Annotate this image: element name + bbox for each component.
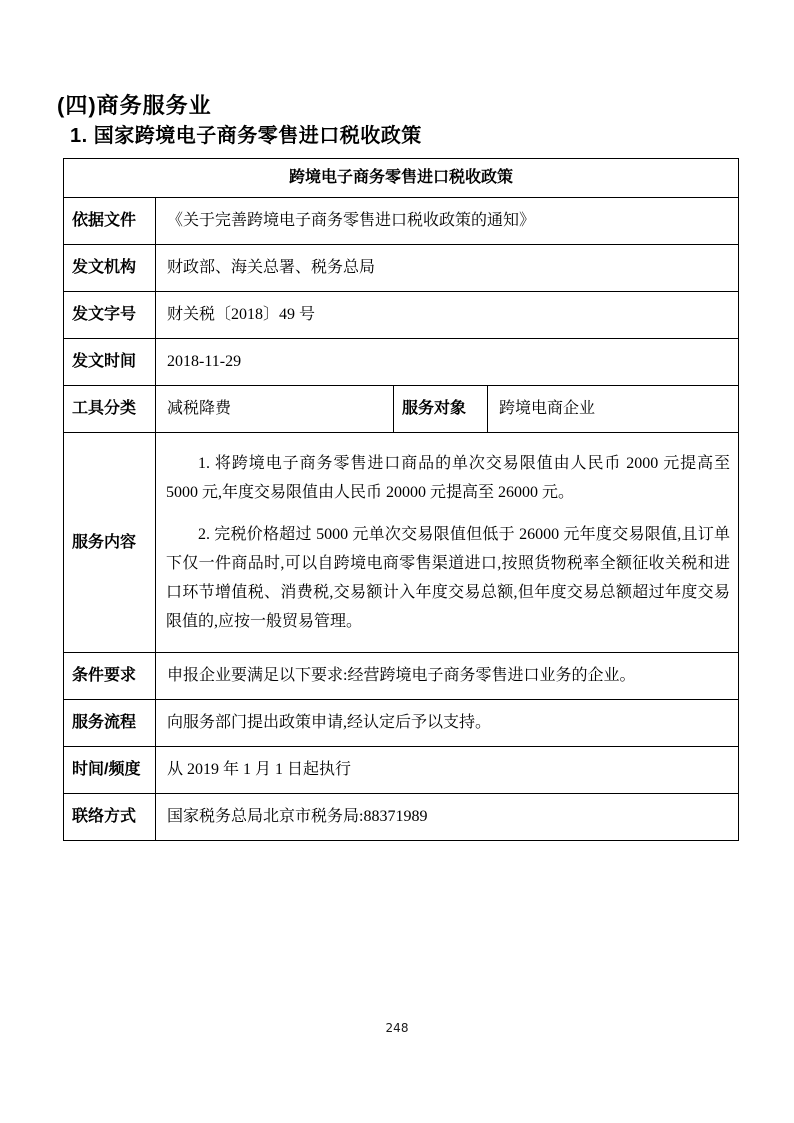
table-row: 发文机构 财政部、海关总署、税务总局: [64, 245, 739, 292]
table-row: 联络方式 国家税务总局北京市税务局:88371989: [64, 794, 739, 841]
row-value: 1. 将跨境电子商务零售进口商品的单次交易限值由人民币 2000 元提高至 50…: [156, 433, 739, 653]
table-row: 时间/频度 从 2019 年 1 月 1 日起执行: [64, 747, 739, 794]
row-value: 《关于完善跨境电子商务零售进口税收政策的通知》: [156, 198, 739, 245]
row-label: 发文时间: [64, 339, 156, 386]
document-page: (四)商务服务业 1. 国家跨境电子商务零售进口税收政策 跨境电子商务零售进口税…: [0, 0, 794, 1123]
page-number: 248: [0, 1021, 794, 1035]
item-heading: 1. 国家跨境电子商务零售进口税收政策: [70, 123, 422, 149]
row-label: 时间/频度: [64, 747, 156, 794]
row-label: 条件要求: [64, 653, 156, 700]
row-value: 跨境电商企业: [488, 386, 739, 433]
row-label: 发文字号: [64, 292, 156, 339]
row-label: 服务内容: [64, 433, 156, 653]
row-value: 财政部、海关总署、税务总局: [156, 245, 739, 292]
table-title: 跨境电子商务零售进口税收政策: [64, 159, 739, 198]
section-heading: (四)商务服务业: [57, 92, 212, 120]
table-row: 发文字号 财关税〔2018〕49 号: [64, 292, 739, 339]
row-label: 工具分类: [64, 386, 156, 433]
row-value: 2018-11-29: [156, 339, 739, 386]
row-label: 依据文件: [64, 198, 156, 245]
row-value: 财关税〔2018〕49 号: [156, 292, 739, 339]
table-row: 条件要求 申报企业要满足以下要求:经营跨境电子商务零售进口业务的企业。: [64, 653, 739, 700]
table-row: 依据文件 《关于完善跨境电子商务零售进口税收政策的通知》: [64, 198, 739, 245]
row-label: 发文机构: [64, 245, 156, 292]
row-label: 服务流程: [64, 700, 156, 747]
row-value: 国家税务总局北京市税务局:88371989: [156, 794, 739, 841]
table-row-split: 工具分类 减税降费 服务对象 跨境电商企业: [64, 386, 739, 433]
row-label: 服务对象: [394, 386, 488, 433]
service-content-paragraph: 2. 完税价格超过 5000 元单次交易限值但低于 26000 元年度交易限值,…: [166, 520, 730, 636]
row-label: 联络方式: [64, 794, 156, 841]
table-row: 服务流程 向服务部门提出政策申请,经认定后予以支持。: [64, 700, 739, 747]
table-title-row: 跨境电子商务零售进口税收政策: [64, 159, 739, 198]
service-content-paragraph: 1. 将跨境电子商务零售进口商品的单次交易限值由人民币 2000 元提高至 50…: [166, 449, 730, 507]
table-row: 发文时间 2018-11-29: [64, 339, 739, 386]
policy-info-table: 跨境电子商务零售进口税收政策 依据文件 《关于完善跨境电子商务零售进口税收政策的…: [63, 158, 739, 841]
table-row-service-content: 服务内容 1. 将跨境电子商务零售进口商品的单次交易限值由人民币 2000 元提…: [64, 433, 739, 653]
row-value: 申报企业要满足以下要求:经营跨境电子商务零售进口业务的企业。: [156, 653, 739, 700]
row-value: 从 2019 年 1 月 1 日起执行: [156, 747, 739, 794]
row-value: 减税降费: [156, 386, 394, 433]
row-value: 向服务部门提出政策申请,经认定后予以支持。: [156, 700, 739, 747]
